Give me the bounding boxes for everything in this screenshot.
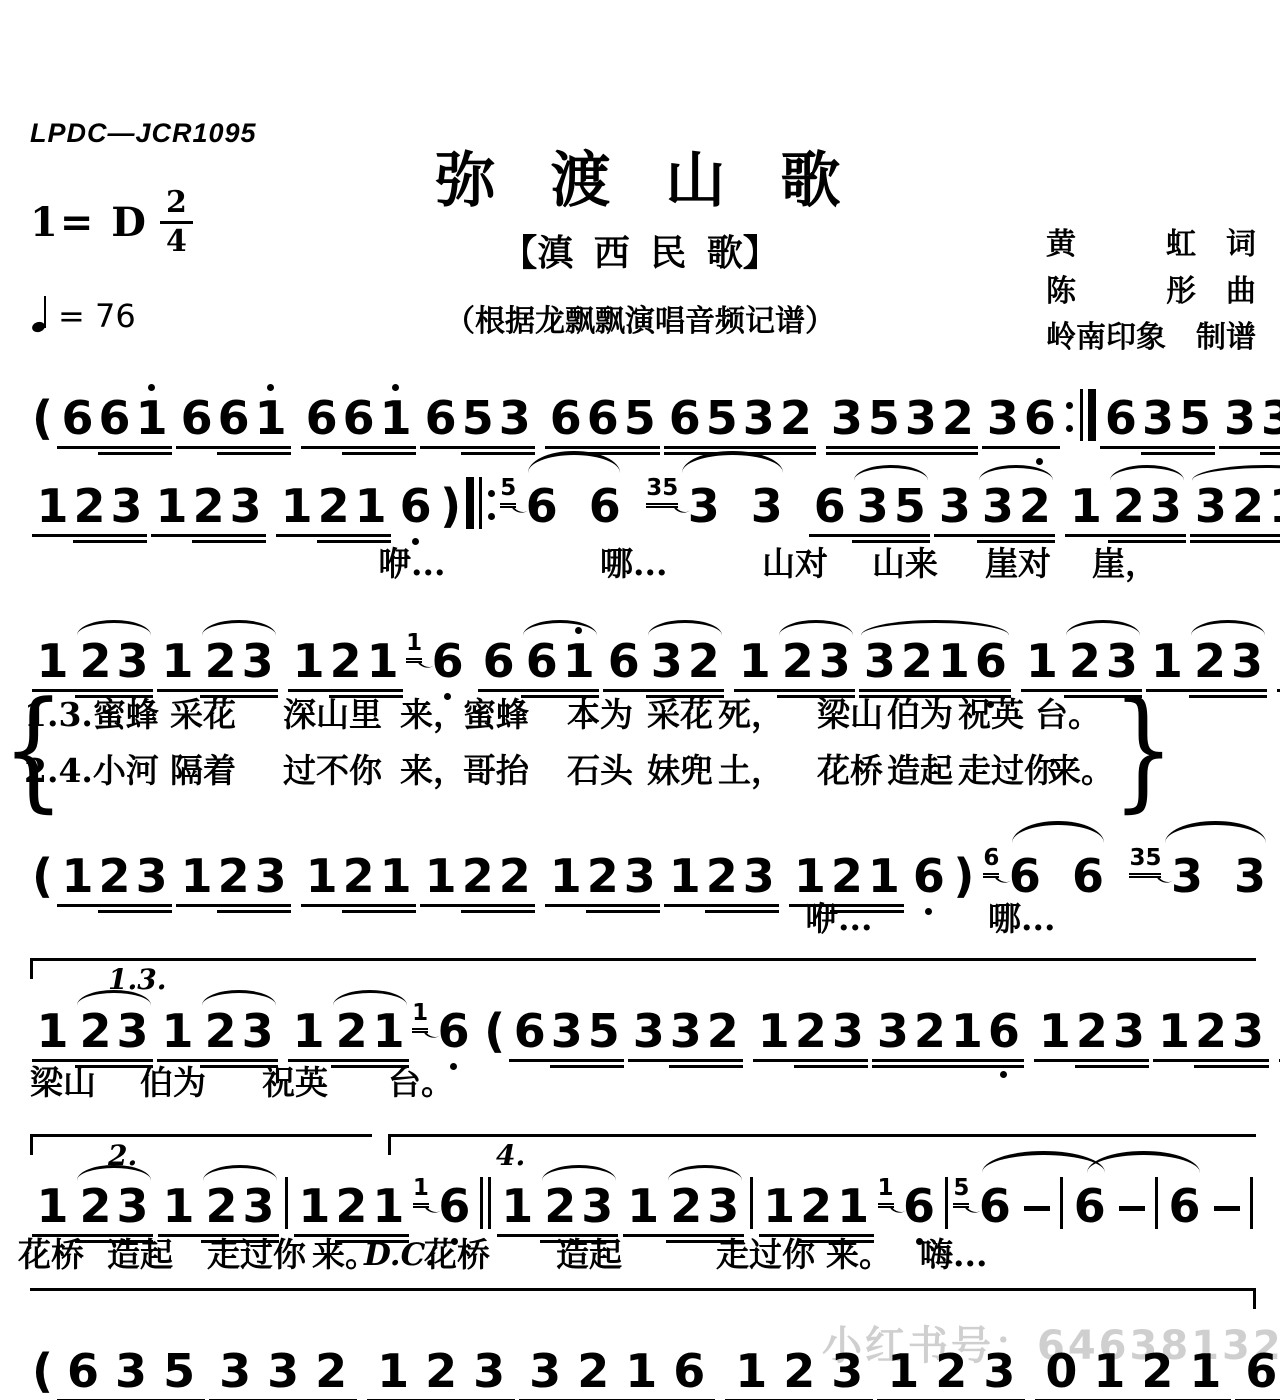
note-digit: 1 xyxy=(255,395,287,441)
section-bracket xyxy=(30,1288,1256,1291)
note-digit: 3 xyxy=(1195,483,1227,529)
parenthesis: ( xyxy=(30,395,55,441)
note-digit: 2 xyxy=(499,853,531,899)
note-digit: 2 xyxy=(688,638,720,684)
note-digit: 2 xyxy=(80,638,112,684)
note-digit: 2 xyxy=(780,395,812,441)
note-digit: 1 xyxy=(355,483,387,529)
note-group: 56 xyxy=(952,1183,1017,1229)
notes: 121 xyxy=(296,1183,407,1229)
note-group: 123 xyxy=(155,638,280,684)
notes: 60 xyxy=(1237,1348,1280,1394)
note-digit: 2 xyxy=(707,1008,739,1054)
note-digit: 1 xyxy=(1189,1348,1221,1394)
note-digit: 2 xyxy=(193,483,225,529)
note-digit: 2 xyxy=(544,1183,576,1229)
notes: 3 xyxy=(1168,853,1205,899)
grace-note: 5 xyxy=(953,1177,969,1205)
lyric-syllable: 崖对 xyxy=(985,545,1051,583)
note-digit: 6 xyxy=(400,483,432,529)
notes: 1 xyxy=(1023,638,1060,684)
notes: 332 xyxy=(630,1008,741,1054)
note-digit: 2 xyxy=(1076,1008,1108,1054)
note-digit: 2 xyxy=(1232,483,1264,529)
lyric-syllable: 花桥 xyxy=(424,1236,490,1274)
notes: 332 xyxy=(211,1348,355,1394)
note-digit: 3 xyxy=(751,483,783,529)
notes: 3216 xyxy=(874,1008,1022,1054)
notes: 6 xyxy=(976,1183,1013,1229)
note-group: 121 xyxy=(286,1008,411,1054)
note-digit: 3 xyxy=(1142,395,1174,441)
grace-note: 35 xyxy=(646,477,678,505)
note-digit: 3 xyxy=(905,395,937,441)
parenthesis: ) xyxy=(438,483,463,529)
lyric-syllable: 石头 xyxy=(567,752,633,790)
note-digit: 3 xyxy=(831,395,863,441)
grace-note: 1 xyxy=(878,1177,894,1205)
note-digit: 1 xyxy=(372,1183,404,1229)
notes: 123 xyxy=(153,483,264,529)
note-group: 121 xyxy=(787,853,906,899)
note-digit: 3 xyxy=(624,853,656,899)
note-digit: 1 xyxy=(306,853,338,899)
note-digit: 6 xyxy=(306,395,338,441)
note-digit: 5 xyxy=(894,483,926,529)
note-digit: 3 xyxy=(1232,1008,1264,1054)
lyric-syllable: 深山里 xyxy=(283,696,382,734)
notes: 0121 xyxy=(1037,1348,1229,1394)
note-digit: 1 xyxy=(37,483,69,529)
notes: 123 xyxy=(178,853,289,899)
note-digit: 6 xyxy=(1072,853,1104,899)
notes: 6 xyxy=(435,1008,472,1054)
note-digit: 2 xyxy=(330,638,362,684)
lyric-syllable: 花桥 xyxy=(817,752,883,790)
notes: 123 xyxy=(59,853,170,899)
note-group: 123 xyxy=(30,1008,155,1054)
note-digit: 2 xyxy=(935,1348,967,1394)
note-digit: 3 xyxy=(255,853,287,899)
lyricist-credit: 黄 虹 词 xyxy=(1046,222,1256,269)
notes: 3 xyxy=(1231,853,1268,899)
notes: 123 xyxy=(755,1008,866,1054)
note-digit: 2 xyxy=(1019,483,1051,529)
notes: 123 xyxy=(666,853,777,899)
notes: 3 xyxy=(685,483,722,529)
note-group: 3 xyxy=(1227,853,1272,899)
notes: 6532 xyxy=(666,395,814,441)
lyric-syllable: 山对 xyxy=(762,545,828,583)
repeat-end-barline xyxy=(1062,389,1098,441)
grace-note: 1 xyxy=(412,1002,428,1030)
note-digit: 2 xyxy=(795,1008,827,1054)
note-digit: 1 xyxy=(298,1183,330,1229)
notes: 1 xyxy=(160,1183,197,1229)
note-digit: 5 xyxy=(706,395,738,441)
note-digit: 3 xyxy=(115,1348,147,1394)
slurred-notes: 23 xyxy=(202,638,276,684)
note-digit: 6 xyxy=(526,638,558,684)
note-digit: 2 xyxy=(914,1008,946,1054)
note-group: 123 xyxy=(155,1008,280,1054)
note-digit: 2 xyxy=(577,1348,609,1394)
note-digit: 1 xyxy=(627,1183,659,1229)
notes: 1 xyxy=(290,1008,327,1054)
note-digit: 2 xyxy=(80,1008,112,1054)
note-digit: 6 xyxy=(181,395,213,441)
lyric-syllable: 土， xyxy=(718,752,784,790)
note-group: 121 xyxy=(757,1183,876,1229)
barline xyxy=(750,1177,753,1229)
note-digit: 1 xyxy=(1070,483,1102,529)
note-group: 16 xyxy=(412,1183,477,1229)
notes: 3532 xyxy=(828,395,976,441)
note-group: 3 xyxy=(744,483,789,529)
note-digit: 3 xyxy=(1113,1008,1145,1054)
note-group: 123 xyxy=(149,483,268,529)
note-digit: 6 xyxy=(669,395,701,441)
parenthesis: ) xyxy=(951,853,976,899)
slurred-notes: 23 xyxy=(1110,483,1184,529)
note-digit: 5 xyxy=(163,1348,195,1394)
note-group: 60 xyxy=(1233,1348,1280,1394)
volta-label: 4. xyxy=(496,1142,525,1170)
note-group: 123 xyxy=(732,638,857,684)
note-digit: 6 xyxy=(903,1183,935,1229)
lyric-syllable: 造起 xyxy=(107,1236,173,1274)
note-digit: 3 xyxy=(939,483,971,529)
note-digit: 6 xyxy=(1168,1183,1200,1229)
note-digit: 2 xyxy=(587,853,619,899)
note-digit: 3 xyxy=(982,483,1014,529)
note-digit: 2 xyxy=(205,1008,237,1054)
duration-dash xyxy=(1214,1206,1240,1211)
note-digit: 3 xyxy=(243,1183,275,1229)
note-group: 3216 xyxy=(1188,483,1280,529)
note-digit: 2 xyxy=(783,1348,815,1394)
note-group: 121 xyxy=(292,1183,411,1229)
note-group: 123 xyxy=(1151,1008,1270,1054)
note-group: 123 xyxy=(30,483,149,529)
catalog-number: LPDC—JCR1095 xyxy=(30,118,257,149)
note-digit: 3 xyxy=(499,395,531,441)
note-digit: 3 xyxy=(1231,638,1263,684)
music-system-5: 12312312116(63533212332161231231216) xyxy=(30,998,1256,1054)
note-digit: 6 xyxy=(425,395,457,441)
grace-note: 1 xyxy=(406,632,422,660)
note-group: 6 xyxy=(1065,853,1110,899)
note-digit: 1 xyxy=(669,853,701,899)
note-digit: 2 xyxy=(335,1183,367,1229)
notes: 635 xyxy=(59,1348,203,1394)
note-group: 635 xyxy=(55,1348,207,1394)
note-digit: 3 xyxy=(688,483,720,529)
note-digit: 2 xyxy=(315,1348,347,1394)
note-digit: 1 xyxy=(550,853,582,899)
note-digit: 1 xyxy=(162,638,194,684)
note-digit: 3 xyxy=(743,395,775,441)
lyric-syllable: 隔着 xyxy=(170,752,236,790)
notes: 121 xyxy=(290,638,401,684)
notes: 121 xyxy=(761,1183,872,1229)
lyric-syllable: 梁山 xyxy=(817,696,883,734)
note-group: 661 xyxy=(174,395,293,441)
lyric-syllable: 祝英 xyxy=(958,696,1024,734)
note-digit: 3 xyxy=(831,1348,863,1394)
note-digit: 3 xyxy=(230,483,262,529)
note-digit: 3 xyxy=(117,1183,149,1229)
lyric-syllable: 采花 xyxy=(647,696,713,734)
barline xyxy=(285,1177,288,1229)
notes: 661 xyxy=(59,395,170,441)
lyric-syllable: 花桥 xyxy=(18,1236,84,1274)
notes: 6 xyxy=(480,638,517,684)
slurred-notes: 32 xyxy=(979,483,1053,529)
lyric-syllable: 哪... xyxy=(988,900,1055,938)
note-digit: 6 xyxy=(1105,395,1137,441)
music-system-2: 1231231216)56635336353321233216 xyxy=(30,473,1256,529)
note-digit: 6 xyxy=(67,1348,99,1394)
notes: 123 xyxy=(369,1348,513,1394)
note-group: 353 xyxy=(645,483,726,529)
lyric-syllable: 台。 xyxy=(388,1064,454,1102)
lyric-syllable: 咿... xyxy=(378,545,445,583)
note-group: 6 xyxy=(1067,1183,1112,1229)
lyric-syllable: 咿... xyxy=(805,900,872,938)
note-group: 121 xyxy=(286,638,405,684)
note-digit: 2 xyxy=(831,853,863,899)
note-digit: 3 xyxy=(551,1008,583,1054)
note-digit: 6 xyxy=(975,638,1007,684)
note-digit: 6 xyxy=(99,395,131,441)
note-group: 661 xyxy=(476,638,601,684)
note-digit: 1 xyxy=(162,1008,194,1054)
notes: 121 xyxy=(791,853,902,899)
note-digit: 1 xyxy=(293,1008,325,1054)
note-digit: 1 xyxy=(156,483,188,529)
notes: 123 xyxy=(547,853,658,899)
notes: 635 xyxy=(1102,395,1213,441)
note-digit: 6 xyxy=(589,483,621,529)
note-group: 332 xyxy=(626,1008,745,1054)
volta-bracket-4 xyxy=(388,1134,1256,1137)
note-digit: 6 xyxy=(438,1183,470,1229)
note-group: 16 xyxy=(411,1008,476,1054)
note-digit: 3 xyxy=(633,1008,665,1054)
note-digit: 3 xyxy=(219,1348,251,1394)
note-group: 661 xyxy=(299,395,418,441)
note-digit: 1 xyxy=(367,638,399,684)
notes: 1 xyxy=(34,1008,71,1054)
note-digit: 1 xyxy=(938,638,970,684)
grace-note: 6 xyxy=(983,847,999,875)
note-digit: 6 xyxy=(550,395,582,441)
notes: 123 xyxy=(34,483,145,529)
notes: 1 xyxy=(1067,483,1104,529)
slurred-notes: 23 xyxy=(1191,638,1265,684)
note-digit: 1 xyxy=(735,1348,767,1394)
note-digit: 6 xyxy=(1009,853,1041,899)
lyric-syllable: 祝英 xyxy=(262,1064,328,1102)
lyric-syllable: 来， xyxy=(400,752,466,790)
lyric-syllable: 过不你 xyxy=(283,752,382,790)
note-group: 123 xyxy=(875,1348,1027,1394)
note-group: 332 xyxy=(1217,395,1280,441)
slurred-notes: 23 xyxy=(668,1183,742,1229)
note-digit: 5 xyxy=(868,395,900,441)
note-group: 665 xyxy=(543,395,662,441)
note-group: 121 xyxy=(299,853,418,899)
note-digit: 2 xyxy=(1069,638,1101,684)
notes: 6 xyxy=(429,638,466,684)
note-group: 3216 xyxy=(857,638,1013,684)
note-group: 6 xyxy=(906,853,951,899)
tie-arc xyxy=(1012,821,1104,845)
volta-label: 2. xyxy=(108,1142,137,1170)
grace-note: 35 xyxy=(1129,847,1161,875)
note-group: 123 xyxy=(1063,483,1188,529)
note-group: 6532 xyxy=(662,395,818,441)
lyric-syllable: 来。 xyxy=(1048,752,1114,790)
slurred-notes: 23 xyxy=(542,1183,616,1229)
note-digit: 1 xyxy=(1269,483,1280,529)
barline xyxy=(1060,1177,1063,1229)
note-digit: 3 xyxy=(242,1008,274,1054)
song-title: 弥 渡 山 歌 xyxy=(0,148,1280,214)
notes: 1 xyxy=(159,638,196,684)
notes: 123 xyxy=(727,1348,871,1394)
note-digit: 2 xyxy=(80,1183,112,1229)
note-group: 123 xyxy=(156,1183,281,1229)
note-digit: 3 xyxy=(1224,395,1256,441)
notes: 1 xyxy=(736,638,773,684)
note-digit: 2 xyxy=(462,853,494,899)
note-digit: 3 xyxy=(707,1183,739,1229)
note-group: 0121 xyxy=(1033,1348,1233,1394)
volta-label: 1.3. xyxy=(108,966,166,994)
note-digit: 2 xyxy=(336,1008,368,1054)
slurred-notes: 3216 xyxy=(1192,483,1280,529)
note-group: 36 xyxy=(980,395,1062,441)
notes: 3 xyxy=(748,483,785,529)
notes: 3216 xyxy=(521,1348,713,1394)
note-digit: 1 xyxy=(373,1008,405,1054)
note-digit: 6 xyxy=(673,1348,705,1394)
notes: 123 xyxy=(879,1348,1023,1394)
volta-bracket-13 xyxy=(30,958,1256,961)
note-group: 122 xyxy=(418,853,537,899)
note-group: 3532 xyxy=(824,395,980,441)
lyric-syllable: 造起 xyxy=(887,752,953,790)
note-group: 123 xyxy=(1032,1008,1151,1054)
lyric-syllable: 伯为 xyxy=(887,696,953,734)
lyric-syllable: 走过你 xyxy=(716,1236,815,1274)
note-digit: 2 xyxy=(205,638,237,684)
notes: 6 xyxy=(1069,853,1106,899)
note-group: 661 xyxy=(55,395,174,441)
note-digit: 5 xyxy=(588,1008,620,1054)
note-digit: 3 xyxy=(857,483,889,529)
tie-arc xyxy=(1087,1151,1200,1175)
lyric-syllable: 嗨... xyxy=(920,1236,987,1274)
lyric-syllable: 哥抬 xyxy=(463,752,529,790)
note-group: 332 xyxy=(207,1348,359,1394)
note-digit: 1 xyxy=(1039,1008,1071,1054)
note-group: 123 xyxy=(30,1183,155,1229)
lyric-syllable: 哪... xyxy=(600,545,667,583)
lyric-syllable: 崖， xyxy=(1092,545,1158,583)
note-group: 123 xyxy=(495,1183,620,1229)
note-group: 123 xyxy=(751,1008,870,1054)
slurred-notes: 21 xyxy=(333,1008,407,1054)
note-digit: 6 xyxy=(483,638,515,684)
lyric-syllable: 伯为 xyxy=(140,1064,206,1102)
note-digit: 1 xyxy=(425,853,457,899)
note-digit: 2 xyxy=(1141,1348,1173,1394)
note-digit: 1 xyxy=(951,1008,983,1054)
note-digit: 1 xyxy=(62,853,94,899)
note-group: 16 xyxy=(405,638,470,684)
note-digit: 6 xyxy=(218,395,250,441)
notes: 6 xyxy=(1006,853,1043,899)
notes: 1 xyxy=(159,1008,196,1054)
note-digit: 1 xyxy=(758,1008,790,1054)
note-digit: 2 xyxy=(425,1348,457,1394)
notes: 6 xyxy=(901,1183,938,1229)
note-group: 3216 xyxy=(517,1348,717,1394)
note-digit: 1 xyxy=(377,1348,409,1394)
lyric-syllable: 台。 xyxy=(1035,696,1101,734)
note-digit: 3 xyxy=(1234,853,1266,899)
note-digit: 1 xyxy=(380,395,412,441)
note-digit: 1 xyxy=(1093,1348,1125,1394)
note-digit: 1 xyxy=(181,853,213,899)
notes: 123 xyxy=(1155,1008,1266,1054)
note-group: 123 xyxy=(662,853,781,899)
note-group: 123 xyxy=(723,1348,875,1394)
lyric-syllable: 妹兜 xyxy=(647,752,713,790)
music-system-3: 12312312116661632123321612312312116 xyxy=(30,628,1256,684)
slurred-notes: 61 xyxy=(523,638,597,684)
parenthesis: ( xyxy=(30,1348,55,1394)
duration-dash xyxy=(1119,1206,1145,1211)
notes: 3 xyxy=(936,483,973,529)
note-digit: 1 xyxy=(1158,1008,1190,1054)
lyric-syllable: 本为 xyxy=(567,696,633,734)
notes: 661 xyxy=(303,395,414,441)
note-group: 653 xyxy=(418,395,537,441)
note-digit: 1 xyxy=(837,1183,869,1229)
repeat-start-barline xyxy=(463,477,499,529)
note-group: 635 xyxy=(1098,395,1217,441)
note-group: 121 xyxy=(274,483,393,529)
note-digit: 2 xyxy=(782,638,814,684)
note-group: 3216 xyxy=(870,1008,1026,1054)
credits-block: 黄 虹 词 陈 彤 曲 岭南印象 制谱 xyxy=(1046,222,1256,362)
volta-bracket-2 xyxy=(30,1134,372,1137)
note-group: 6 xyxy=(582,483,627,529)
note-digit: 3 xyxy=(581,1183,613,1229)
note-group: 6 xyxy=(393,483,438,529)
note-digit: 2 xyxy=(318,483,350,529)
note-digit: 1 xyxy=(763,1183,795,1229)
lyric-syllable: 梁山 xyxy=(30,1064,96,1102)
lyric-syllable: 造起 xyxy=(556,1236,622,1274)
notes: 122 xyxy=(422,853,533,899)
notes: 121 xyxy=(278,483,389,529)
note-group: 123 xyxy=(621,1183,746,1229)
